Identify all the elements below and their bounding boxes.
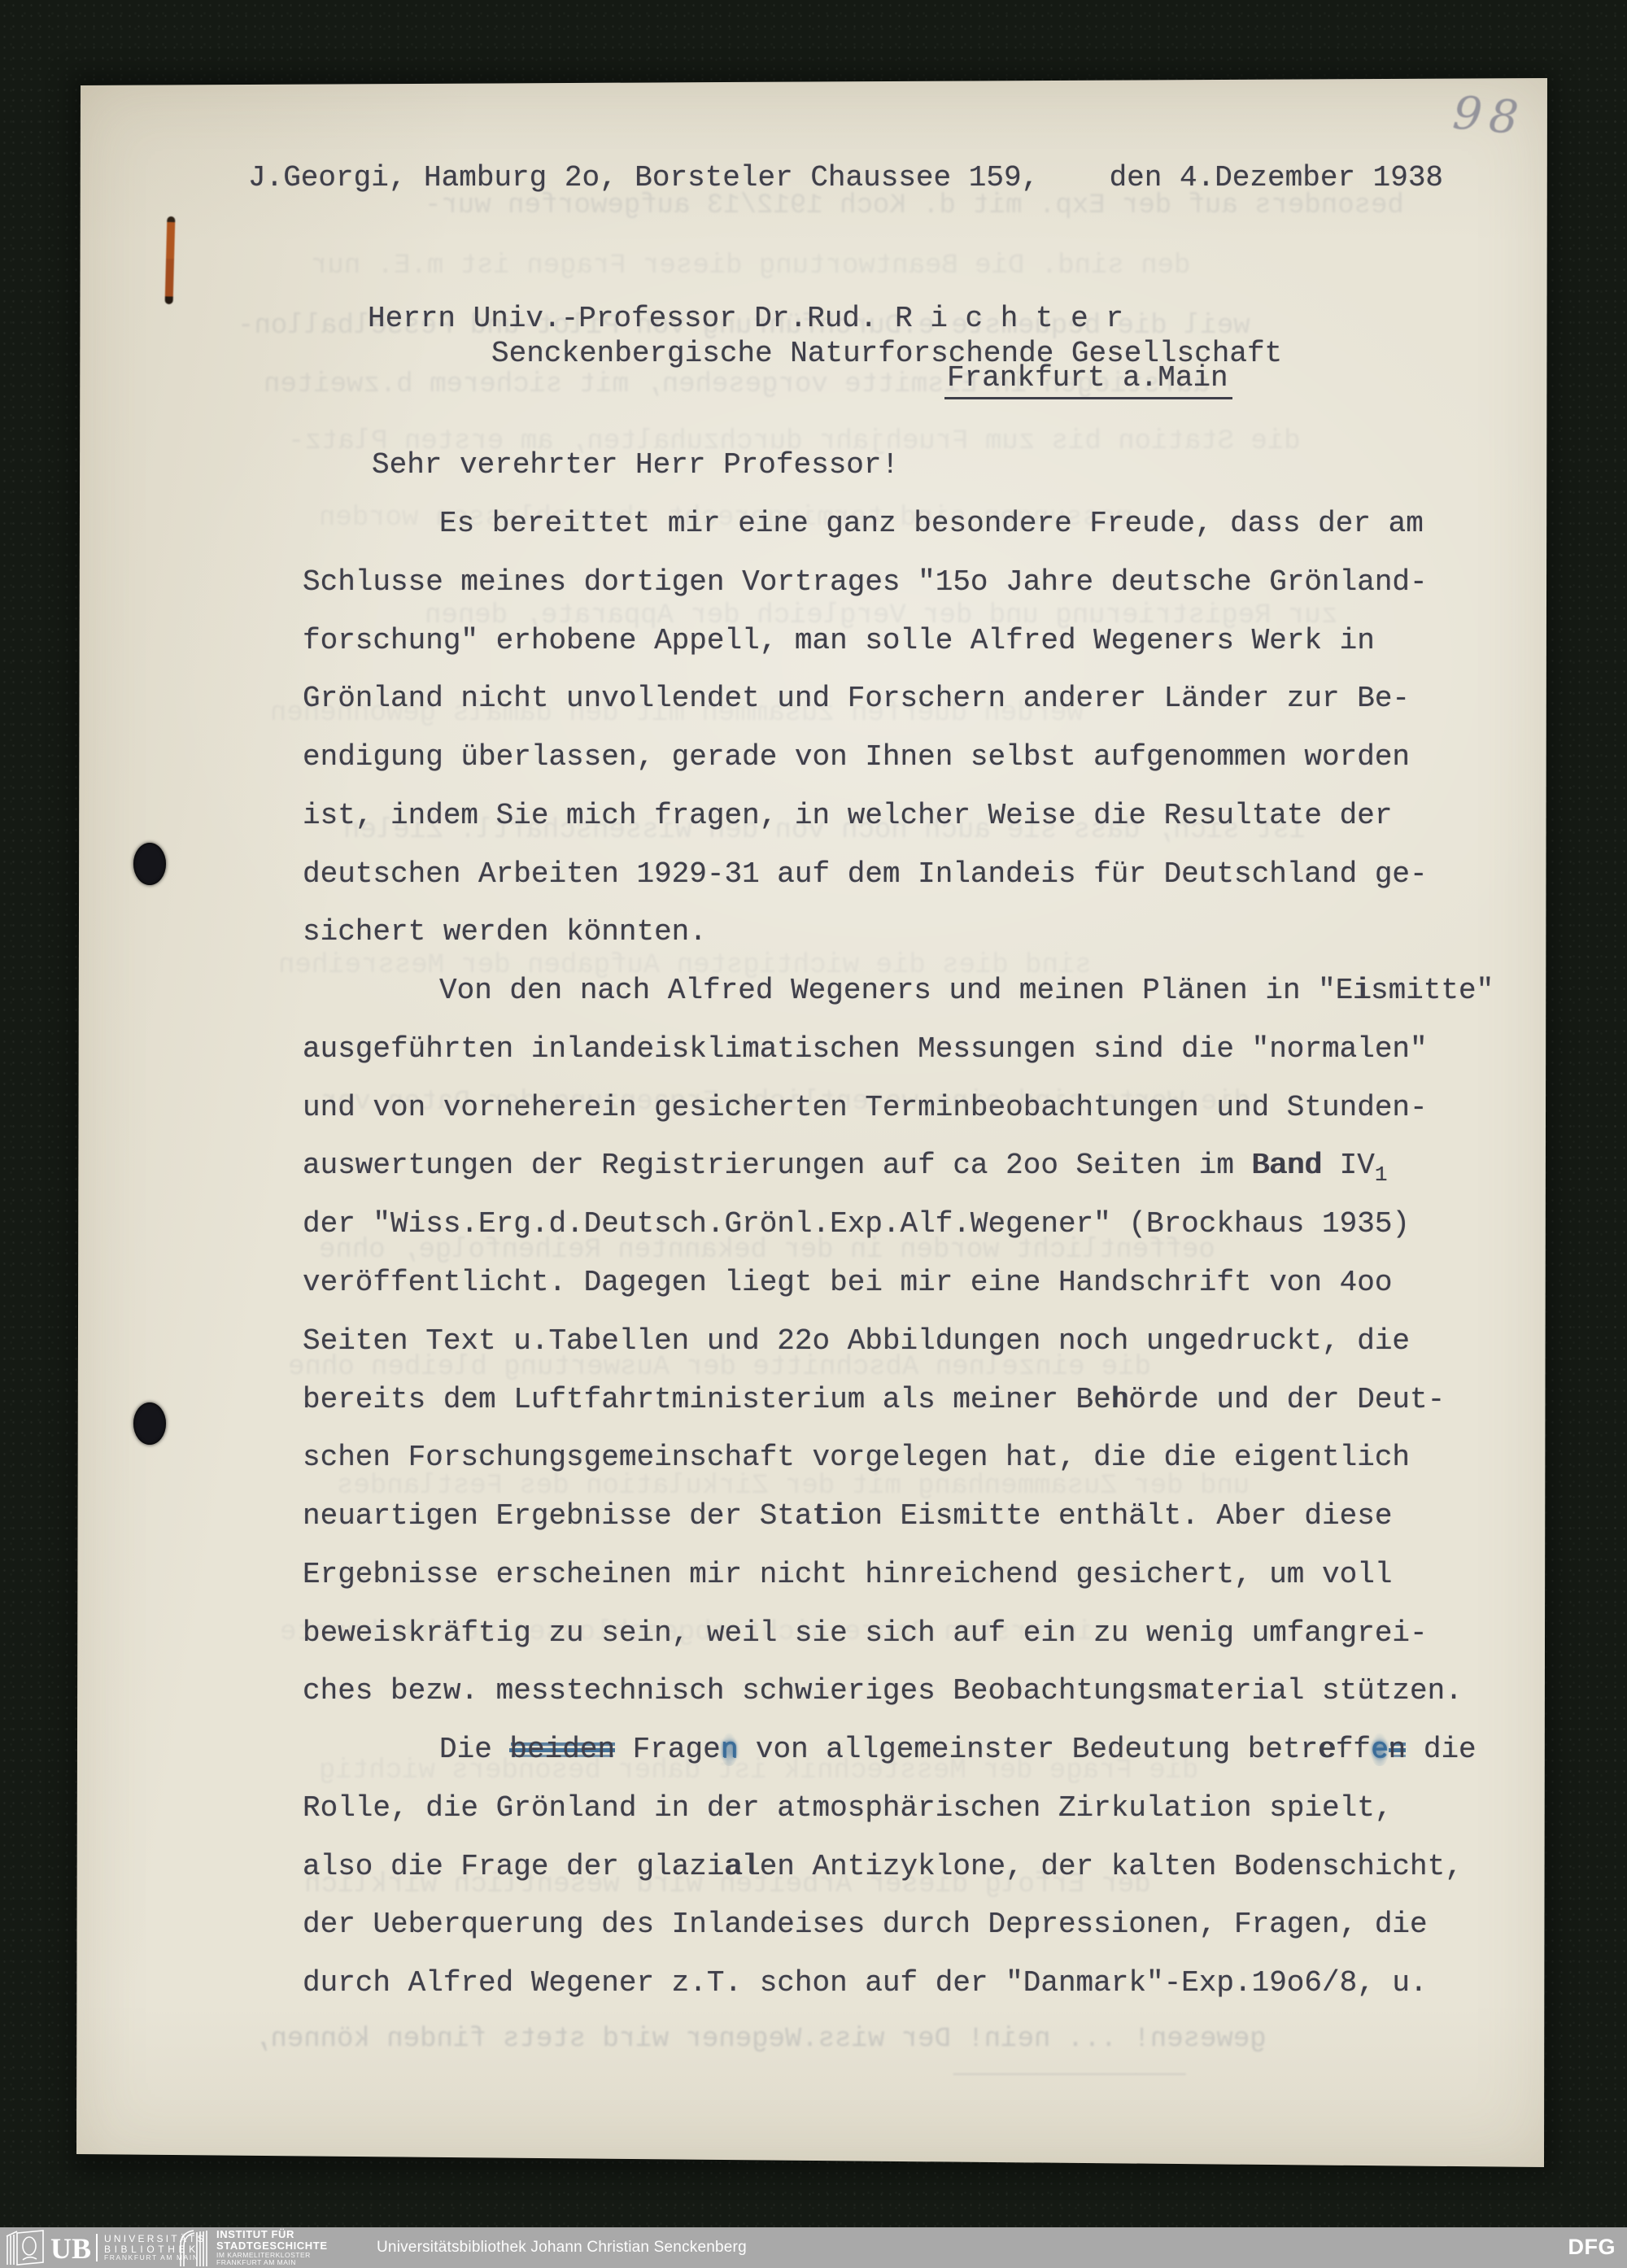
letter-line: ist, indem Sie mich fragen, in welcher W…	[303, 800, 1392, 832]
ub-frankfurt-logo[interactable]: UB UNIVERSITÄTS BIBLIOTHEK FRANKFURT AM …	[5, 2230, 207, 2266]
bleedthrough-text: ______________	[953, 2050, 1186, 2081]
ub-portrait-icon	[5, 2229, 47, 2266]
letter-line: schen Forschungsgemeinschaft vorgelegen …	[303, 1441, 1410, 1474]
letter-line: forschung" erhobene Appell, man solle Al…	[303, 625, 1375, 657]
letter-line: endigung überlassen, gerade von Ihnen se…	[303, 741, 1410, 774]
recipient-name: Herrn Univ.-Professor Dr.Rud. R i c h t …	[368, 303, 1123, 335]
bleedthrough-text: den sind. Die Beantwortung dieser Fragen…	[311, 251, 1190, 281]
letter-line: der Ueberquerung des Inlandeises durch D…	[303, 1908, 1428, 1941]
salutation: Sehr verehrter Herr Professor!	[372, 449, 899, 482]
letter-line: beweiskräftig zu sein, weil sie sich auf…	[303, 1617, 1428, 1650]
gothic-arch-icon	[177, 2229, 210, 2266]
letter-line: Rolle, die Grönland in der atmosphärisch…	[303, 1792, 1392, 1825]
institut-stadtgeschichte-logo[interactable]: INSTITUT FÜR STADTGESCHICHTE IM KARMELIT…	[177, 2230, 328, 2266]
letter-line: Grönland nicht unvollendet und Forschern…	[303, 683, 1410, 715]
ub-divider	[96, 2234, 98, 2261]
hole-punch-bottom	[133, 1402, 166, 1445]
letter-line: Seiten Text u.Tabellen und 22o Abbildung…	[303, 1325, 1410, 1358]
letter-line: Die beiden Fragen von allgemeinster Bede…	[439, 1734, 1477, 1766]
letter-line: deutschen Arbeiten 1929-31 auf dem Inlan…	[303, 858, 1428, 891]
recipient-city: Frankfurt a.Main	[947, 362, 1228, 397]
letter-line: Schlusse meines dortigen Vortrages "15o …	[303, 566, 1428, 599]
letter-line: Von den nach Alfred Wegeners und meinen …	[439, 975, 1494, 1007]
letter-line: ausgeführten inlandeisklimatischen Messu…	[303, 1033, 1428, 1066]
letter-line: also die Frage der glazialen Antizyklone…	[303, 1851, 1463, 1883]
letter-line: ches bezw. messtechnisch schwieriges Beo…	[303, 1675, 1463, 1708]
ub-acronym: UB	[50, 2234, 91, 2263]
rust-stain	[165, 216, 176, 304]
letter-line: veröffentlicht. Dagegen liegt bei mir ei…	[303, 1267, 1392, 1299]
letter-line: Ergebnisse erscheinen mir nicht hinreich…	[303, 1559, 1392, 1591]
sender-date-line: J.Georgi, Hamburg 2o, Borsteler Chaussee…	[248, 162, 1443, 194]
letter-scan: 98 J.Georgi, Hamburg 2o, Borsteler Chaus…	[75, 78, 1549, 2170]
dfg-logo[interactable]: DFG	[1568, 2235, 1616, 2260]
letter-line: der "Wiss.Erg.d.Deutsch.Grönl.Exp.Alf.We…	[303, 1208, 1410, 1241]
library-footer-bar: UB UNIVERSITÄTS BIBLIOTHEK FRANKFURT AM …	[0, 2227, 1627, 2268]
letter-line: bereits dem Luftfahrtministerium als mei…	[303, 1384, 1445, 1416]
letter-line: durch Alfred Wegener z.T. schon auf der …	[303, 1967, 1428, 2000]
letter-line: Es bereittet mir eine ganz besondere Fre…	[439, 508, 1424, 540]
bleedthrough-text: besonders auf der Exp. mit d. Koch 1912/…	[425, 190, 1404, 221]
letter-line: und von vorneherein gesicherten Terminbe…	[303, 1092, 1428, 1124]
scanned-letter-page: { "colors":{ "background":"#151a14", "pa…	[0, 0, 1627, 2268]
pencil-page-number: 98	[1450, 86, 1528, 146]
letter-line: sichert werden könnten.	[303, 916, 707, 949]
library-caption: Universitätsbibliothek Johann Christian …	[377, 2239, 865, 2257]
hole-punch-top	[133, 843, 166, 885]
letter-line: neuartigen Ergebnisse der Station Eismit…	[303, 1500, 1392, 1533]
bleedthrough-text: und der Zusammenhang mit der Zirkulation…	[337, 1471, 1250, 1502]
letter-line: auswertungen der Registrierungen auf ca …	[303, 1149, 1387, 1191]
recipient-city-underlined: Frankfurt a.Main	[942, 362, 1235, 397]
isg-wordmark: INSTITUT FÜR STADTGESCHICHTE IM KARMELIT…	[216, 2229, 328, 2266]
